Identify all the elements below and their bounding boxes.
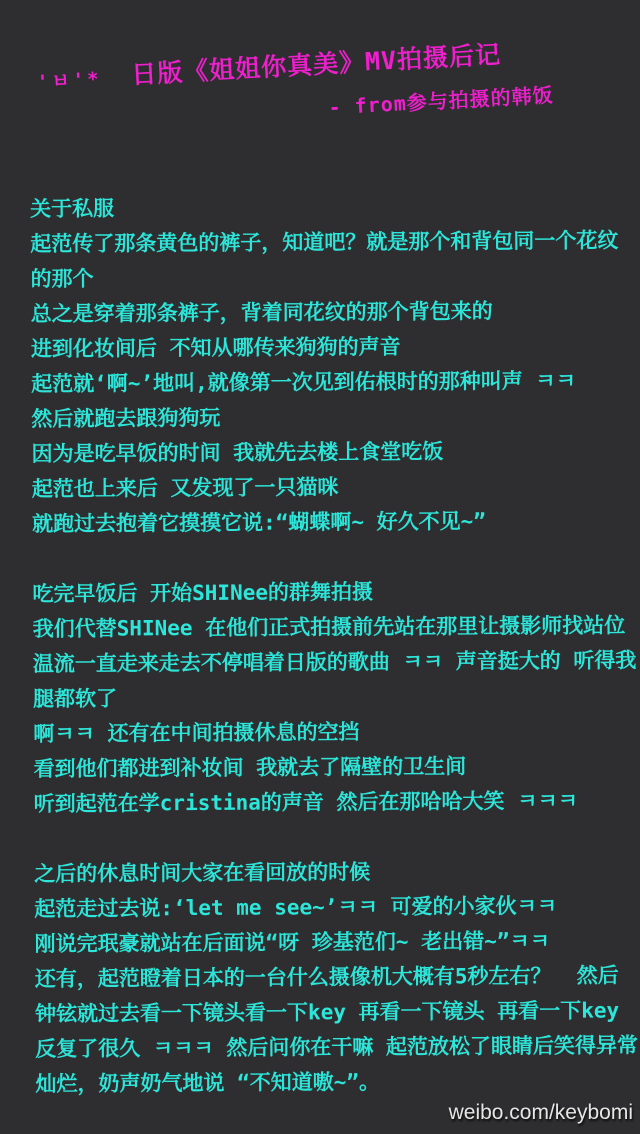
weibo-watermark: weibo.com/keybomi [449,1101,633,1125]
text-line: 就跑过去抱着它摸摸它说:“蝴蝶啊~ 好久不见~” [32,503,622,542]
weibo-text-image-post: 'ㅂ'* 日版《姐姐你真美》MV拍摄后记 - from参与拍摄的韩饭 关于私服 … [0,0,640,1134]
text-line: 反复了很久 ㅋㅋㅋ 然后问你在干嘛 起范放松了眼睛后笑得异常 [35,1028,625,1067]
text-line: 之后的休息时间大家在看回放的时候 [34,853,624,892]
post-title: 日版《姐姐你真美》MV拍摄后记 [130,35,502,92]
text-line: 腿都软了 [33,678,623,717]
text-line: 关于私服 [30,188,620,227]
text-line: 起范走过去说:‘let me see~’ㅋㅋ 可爱的小家伙ㅋㅋ [34,888,624,927]
paragraph-playback-break: 之后的休息时间大家在看回放的时候 起范走过去说:‘let me see~’ㅋㅋ … [34,853,625,1102]
text-line: 吃完早饭后 开始SHINee的群舞拍摄 [32,573,622,612]
korean-emoticon: 'ㅂ'* [36,64,102,95]
text-line: 温流一直走来走去不停唱着日版的歌曲 ㅋㅋ 声音挺大的 听得我 [33,643,623,682]
text-line: 然后就跑去跟狗狗玩 [31,398,621,437]
text-line: 刚说完珉豪就站在后面说“呀 珍基范们~ 老出错~”ㅋㅋ [34,923,624,962]
post-header: 'ㅂ'* 日版《姐姐你真美》MV拍摄后记 - from参与拍摄的韩饭 [28,30,596,137]
text-line: 钟铉就过去看一下镜头看一下key 再看一下镜头 再看一下key [35,993,625,1032]
text-line: 总之是穿着那条裤子，背着同花纹的那个背包来的 [31,293,621,332]
text-line: 起范就‘啊~’地叫,就像第一次见到佑根时的那种叫声 ㅋㅋ [31,363,621,402]
paragraph-about-clothes: 关于私服 起范传了那条黄色的裤子，知道吧？就是那个和背包同一个花纹 的那个 总之… [30,188,622,542]
text-line: 还有，起范瞪着日本的一台什么摄像机大概有5秒左右？ 然后 [35,958,625,997]
text-line: 我们代替SHINee 在他们正式拍摄前先站在那里让摄影师找站位 [33,608,623,647]
text-line: 灿烂，奶声奶气地说 “不知道嗷~”。 [35,1063,625,1102]
text-line: 啊ㅋㅋ 还有在中间拍摄休息的空挡 [33,713,623,752]
text-line: 看到他们都进到补妆间 我就去了隔壁的卫生间 [33,748,623,787]
text-line: 因为是吃早饭的时间 我就先去楼上食堂吃饭 [31,433,621,472]
text-line: 进到化妆间后 不知从哪传来狗狗的声音 [31,328,621,367]
paragraph-dance-shoot: 吃完早饭后 开始SHINee的群舞拍摄 我们代替SHINee 在他们正式拍摄前先… [32,573,623,822]
text-line: 起范传了那条黄色的裤子，知道吧？就是那个和背包同一个花纹 [30,223,620,262]
text-line: 起范也上来后 又发现了一只猫咪 [32,468,622,507]
text-line: 的那个 [30,258,620,297]
text-line: 听到起范在学cristina的声音 然后在那哈哈大笑 ㅋㅋㅋ [34,783,624,822]
post-body: 关于私服 起范传了那条黄色的裤子，知道吧？就是那个和背包同一个花纹 的那个 总之… [30,188,626,1134]
